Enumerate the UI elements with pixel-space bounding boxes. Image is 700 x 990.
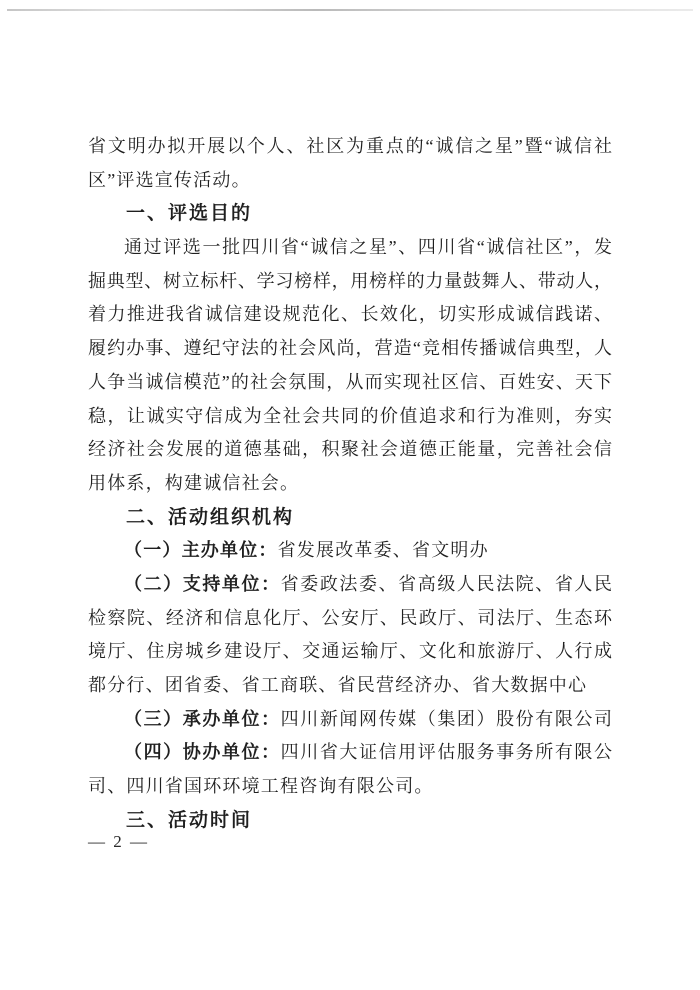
text-line: 稳，让诚实守信成为全社会共同的价值追求和行为准则，夯实 — [88, 400, 612, 434]
section-heading: 三、活动时间 — [88, 804, 612, 838]
scan-artifact-line — [7, 9, 693, 11]
text-line: 境厅、住房城乡建设厅、交通运输厅、文化和旅游厅、人行成 — [88, 635, 612, 669]
text-line: 通过评选一批四川省“诚信之星”、四川省“诚信社区”，发 — [88, 231, 612, 265]
document-body: 省文明办拟开展以个人、社区为重点的“诚信之星”暨“诚信社区”评选宣传活动。一、评… — [88, 130, 612, 837]
text-line: 都分行、团省委、省工商联、省民营经济办、省大数据中心 — [88, 669, 612, 703]
text-line: 着力推进我省诚信建设规范化、长效化，切实形成诚信践诺、 — [88, 298, 612, 332]
document-page: 省文明办拟开展以个人、社区为重点的“诚信之星”暨“诚信社区”评选宣传活动。一、评… — [0, 0, 700, 990]
page-number: — 2 — — [88, 832, 149, 852]
bold-label: （二）支持单位： — [124, 574, 281, 594]
bold-label: （三）承办单位： — [124, 709, 281, 729]
text-line: 用体系，构建诚信社会。 — [88, 467, 612, 501]
text-line: 检察院、经济和信息化厅、公安厅、民政厅、司法厅、生态环 — [88, 602, 612, 636]
section-heading: 一、评选目的 — [88, 197, 612, 231]
text-line: 人争当诚信模范”的社会氛围，从而实现社区信、百姓安、天下 — [88, 366, 612, 400]
text-line: （三）承办单位：四川新闻网传媒（集团）股份有限公司 — [88, 703, 612, 737]
text-line: 省文明办拟开展以个人、社区为重点的“诚信之星”暨“诚信社 — [88, 130, 612, 164]
text-line: 经济社会发展的道德基础，积聚社会道德正能量，完善社会信 — [88, 433, 612, 467]
text-line: （二）支持单位：省委政法委、省高级人民法院、省人民 — [88, 568, 612, 602]
section-heading: 二、活动组织机构 — [88, 501, 612, 535]
text-line: （四）协办单位：四川省大证信用评估服务事务所有限公 — [88, 736, 612, 770]
text-line: 司、四川省国环环境工程咨询有限公司。 — [88, 770, 612, 804]
bold-label: （一）主办单位： — [124, 540, 278, 560]
bold-label: （四）协办单位： — [124, 742, 281, 762]
text-line: 履约办事、遵纪守法的社会风尚，营造“竞相传播诚信典型，人 — [88, 332, 612, 366]
text-line: （一）主办单位：省发展改革委、省文明办 — [88, 534, 612, 568]
text-line: 区”评选宣传活动。 — [88, 164, 612, 198]
text-line: 掘典型、树立标杆、学习榜样，用榜样的力量鼓舞人、带动人， — [88, 265, 612, 299]
